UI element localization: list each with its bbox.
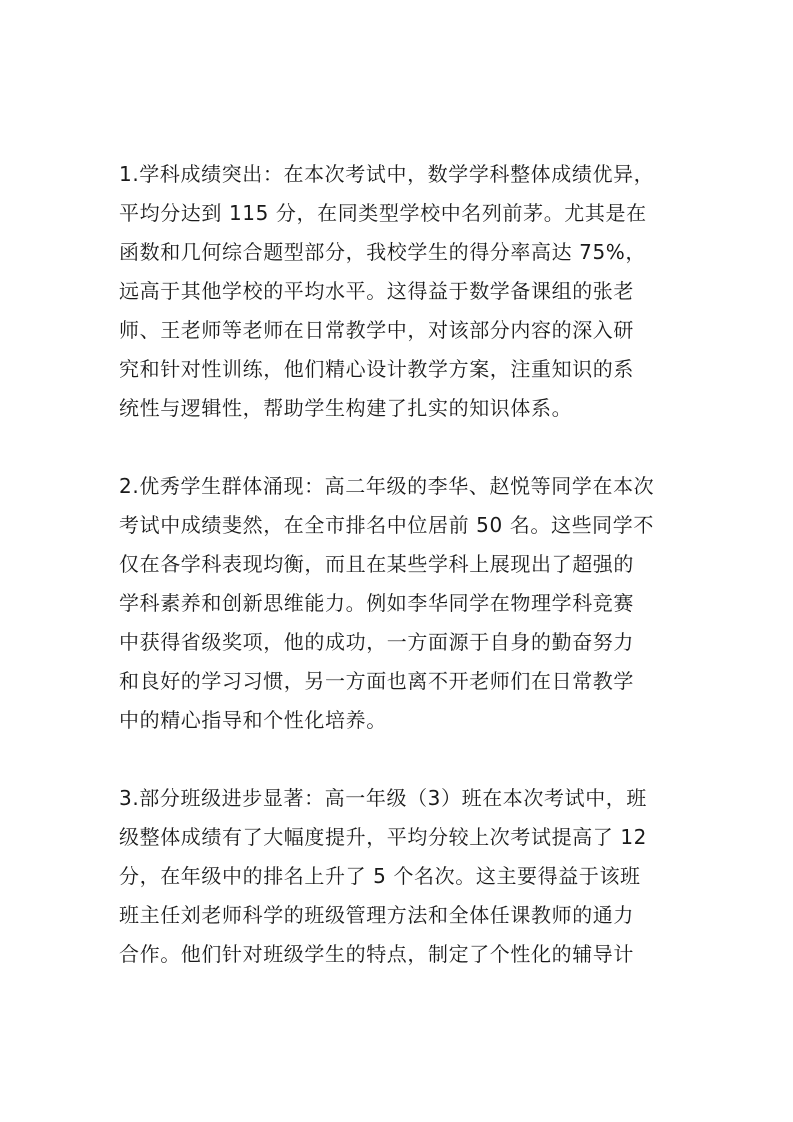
text-line: 合作。他们针对班级学生的特点，制定了个性化的辅导计 xyxy=(119,935,679,974)
text-line: 分，在年级中的排名上升了 5 个名次。这主要得益于该班 xyxy=(119,857,679,896)
paragraph-subject-performance: 1.学科成绩突出：在本次考试中，数学学科整体成绩优异， 平均分达到 115 分，… xyxy=(119,155,679,428)
paragraph-class-progress: 3.部分班级进步显著：高一年级（3）班在本次考试中，班 级整体成绩有了大幅度提升… xyxy=(119,779,679,974)
text-line: 中获得省级奖项，他的成功，一方面源于自身的勤奋努力 xyxy=(119,623,679,662)
text-line: 函数和几何综合题型部分，我校学生的得分率高达 75%， xyxy=(119,233,679,272)
text-line: 学科素养和创新思维能力。例如李华同学在物理学科竞赛 xyxy=(119,584,679,623)
text-line: 师、王老师等老师在日常教学中，对该部分内容的深入研 xyxy=(119,311,679,350)
text-line: 远高于其他学校的平均水平。这得益于数学备课组的张老 xyxy=(119,272,679,311)
text-line: 考试中成绩斐然，在全市排名中位居前 50 名。这些同学不 xyxy=(119,506,679,545)
text-line: 班主任刘老师科学的班级管理方法和全体任课教师的通力 xyxy=(119,896,679,935)
text-line: 2.优秀学生群体涌现：高二年级的李华、赵悦等同学在本次 xyxy=(119,467,679,506)
text-line: 3.部分班级进步显著：高一年级（3）班在本次考试中，班 xyxy=(119,779,679,818)
document-page: 1.学科成绩突出：在本次考试中，数学学科整体成绩优异， 平均分达到 115 分，… xyxy=(119,155,679,1013)
text-line: 平均分达到 115 分，在同类型学校中名列前茅。尤其是在 xyxy=(119,194,679,233)
paragraph-outstanding-students: 2.优秀学生群体涌现：高二年级的李华、赵悦等同学在本次 考试中成绩斐然，在全市排… xyxy=(119,467,679,740)
text-line: 究和针对性训练，他们精心设计教学方案，注重知识的系 xyxy=(119,350,679,389)
text-line: 统性与逻辑性，帮助学生构建了扎实的知识体系。 xyxy=(119,389,679,428)
text-line: 1.学科成绩突出：在本次考试中，数学学科整体成绩优异， xyxy=(119,155,679,194)
text-line: 级整体成绩有了大幅度提升，平均分较上次考试提高了 12 xyxy=(119,818,679,857)
text-line: 中的精心指导和个性化培养。 xyxy=(119,701,679,740)
text-line: 仅在各学科表现均衡，而且在某些学科上展现出了超强的 xyxy=(119,545,679,584)
text-line: 和良好的学习习惯，另一方面也离不开老师们在日常教学 xyxy=(119,662,679,701)
